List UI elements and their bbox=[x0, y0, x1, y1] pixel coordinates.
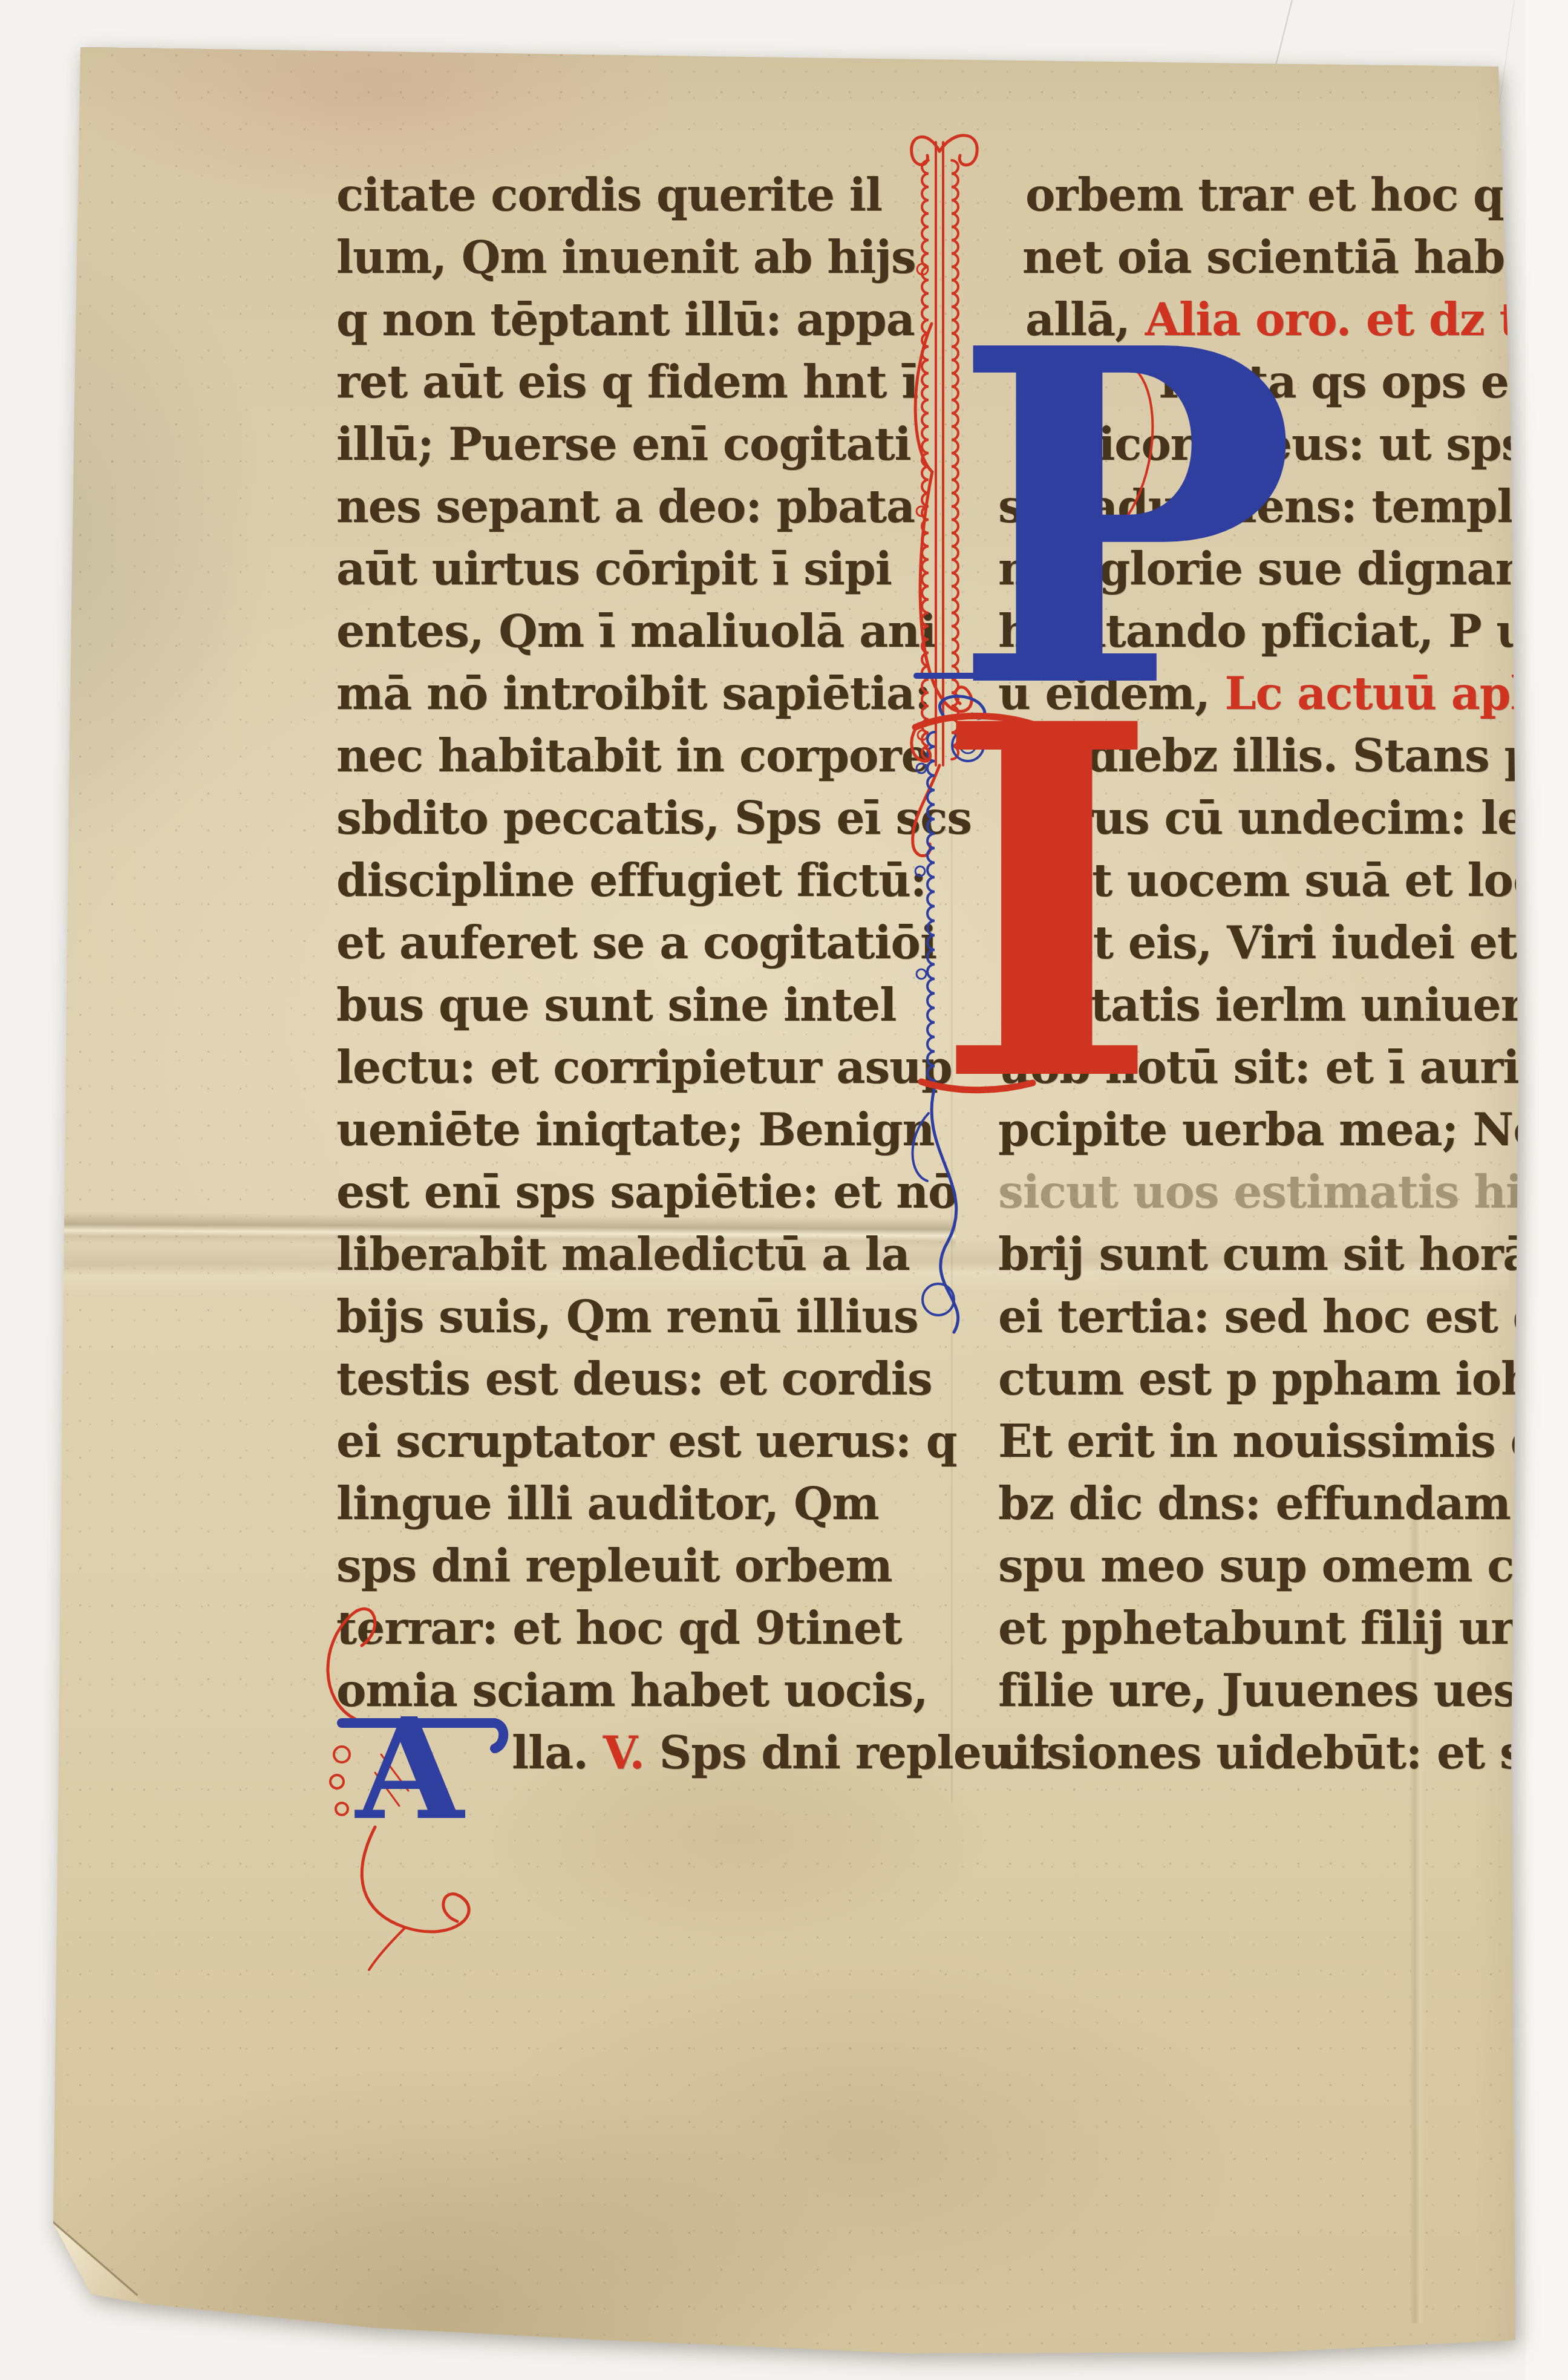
initial-letter-A: A bbox=[354, 1688, 466, 1851]
text-line: Ndiebz illis. Stans p bbox=[998, 725, 1568, 788]
body-text: nos glorie sue dignante bbox=[998, 543, 1568, 595]
text-line: citate cordis querite il bbox=[336, 165, 965, 227]
text-line: est enī sps sapiētie: et nō bbox=[336, 1162, 965, 1224]
vertical-crease bbox=[1410, 1500, 1425, 2323]
body-text: ei scruptator est uerus: q bbox=[336, 1416, 956, 1468]
text-line: ei scruptator est uerus: q bbox=[336, 1411, 965, 1473]
text-line: et pphetabunt filij uri et bbox=[998, 1598, 1568, 1660]
body-text: bus que sunt sine intel bbox=[336, 979, 896, 1031]
body-text: discipline effugiet fictū: bbox=[336, 855, 926, 907]
text-line: habitando pficiat, P u bbox=[998, 601, 1568, 663]
body-text: Et erit in nouissimis di bbox=[998, 1416, 1557, 1468]
folded-corner bbox=[48, 2214, 157, 2311]
penwork-red-icon bbox=[328, 1609, 469, 1970]
body-text: nes sepant a deo: pbata bbox=[336, 481, 915, 533]
penwork-blue-icon bbox=[912, 696, 984, 1332]
body-text: Sps dni repleuit bbox=[659, 1727, 1050, 1779]
body-text: est enī sps sapiētie: et nō bbox=[336, 1166, 957, 1218]
text-line: bz dic dns: effundam d bbox=[998, 1473, 1568, 1535]
text-line: nec habitabit in corpore bbox=[336, 725, 965, 788]
body-text: mā nō introibit sapiētia: bbox=[336, 668, 930, 720]
body-text: u eidem, bbox=[998, 668, 1224, 720]
body-text: ctum est p ppham iohe bbox=[998, 1353, 1561, 1405]
body-text: trus cū undecim: leua bbox=[1050, 793, 1568, 845]
text-line: sicut uos estimatis hij eb bbox=[998, 1162, 1568, 1224]
body-text: net oia scientiā habet uoce bbox=[1022, 232, 1568, 284]
text-line: est eis, Viri iudei et q ha bbox=[998, 912, 1568, 975]
body-text: terrar: et hoc qd 9tinet bbox=[336, 1603, 901, 1655]
body-text: orbem trar et hoc qd com bbox=[1025, 169, 1568, 221]
body-text: liberabit maledictū a la bbox=[336, 1229, 910, 1281]
text-line: uisiones uidebūt: et se bbox=[998, 1722, 1568, 1785]
leaf-top-edge bbox=[77, 44, 1502, 66]
body-text: q non tēptant illū: appa bbox=[336, 294, 915, 346]
body-text: Ndiebz illis. Stans p bbox=[1047, 730, 1535, 782]
body-text: testis est deus: et cordis bbox=[336, 1353, 932, 1405]
text-line: u eidem, Lc actuū aplor bbox=[998, 663, 1568, 725]
text-line: lla. V. Sps dni repleuit bbox=[336, 1722, 965, 1785]
text-line: nes sepant a deo: pbata bbox=[336, 476, 965, 538]
body-text: ret aūt eis q fidem hnt ī bbox=[336, 356, 918, 408]
body-text: spu meo sup omem carn bbox=[998, 1540, 1568, 1592]
text-line: bus que sunt sine intel bbox=[336, 975, 965, 1037]
text-line: bitatis ierlm uniuersi: ho bbox=[998, 975, 1568, 1037]
body-text: uob notū sit: et ī auribu bbox=[998, 1042, 1568, 1094]
horizontal-fold-crease bbox=[57, 1239, 1509, 1296]
body-text: habitando pficiat, P u bbox=[998, 606, 1528, 658]
text-line: Et erit in nouissimis di bbox=[998, 1411, 1568, 1473]
horizontal-fold-crease bbox=[54, 1212, 956, 1249]
text-line: uob notū sit: et ī auribu bbox=[998, 1037, 1568, 1099]
body-text: lingue illi auditor, Qm bbox=[336, 1478, 879, 1530]
body-text: scs adueniens: templum bbox=[998, 481, 1568, 533]
text-line: bijs suis, Qm renū illius bbox=[336, 1286, 965, 1349]
text-line: Resta qs ops et ore bbox=[998, 351, 1568, 414]
text-line: lingue illi auditor, Qm bbox=[336, 1473, 965, 1535]
text-line: filie ure, Juuenes uestri bbox=[998, 1660, 1568, 1722]
text-line: pcipite uerba mea; Nō e bbox=[998, 1099, 1568, 1162]
bowl-penwork-icon bbox=[1053, 352, 1152, 548]
text-line: scs adueniens: templum bbox=[998, 476, 1568, 538]
body-text: sbdito peccatis, Sps eī scs bbox=[336, 793, 972, 845]
text-line: entes, Qm ī maliuolā ani bbox=[336, 601, 965, 663]
text-line: trus cū undecim: leua bbox=[998, 788, 1568, 850]
body-text: entes, Qm ī maliuolā ani bbox=[336, 606, 936, 658]
body-text: est eis, Viri iudei et q ha bbox=[1040, 917, 1568, 969]
text-line: testis est deus: et cordis bbox=[336, 1349, 965, 1411]
body-text: pcipite uerba mea; Nō e bbox=[998, 1104, 1568, 1156]
body-text: ei tertia: sed hoc est qd d bbox=[998, 1291, 1568, 1343]
text-line: illū; Puerse enī cogitati bbox=[336, 414, 965, 476]
body-text: illū; Puerse enī cogitati bbox=[336, 419, 911, 471]
text-line: ei tertia: sed hoc est qd d bbox=[998, 1286, 1568, 1349]
text-line: allā, Alia oro. et dz tanti bbox=[998, 289, 1568, 351]
text-line: lum, Qm inuenit ab hijs bbox=[336, 227, 965, 289]
text-line: ret aūt eis q fidem hnt ī bbox=[336, 351, 965, 414]
illuminated-initial-A: A bbox=[284, 1573, 538, 1972]
rubric-text: ore bbox=[1544, 356, 1568, 408]
penwork-staff-icon bbox=[912, 136, 978, 856]
body-text: bitatis ierlm uniuersi: ho bbox=[1044, 979, 1568, 1031]
scanned-page: citate cordis querite illum, Qm inuenit … bbox=[0, 0, 1568, 2380]
body-text: aūt uirtus cōripit ī sipi bbox=[336, 543, 892, 595]
body-text: filie ure, Juuenes uestri bbox=[998, 1665, 1568, 1717]
body-text: allā, bbox=[1025, 294, 1145, 346]
text-line: sps dni repleuit orbem bbox=[336, 1535, 965, 1598]
text-line: brij sunt cum sit horā d bbox=[998, 1224, 1568, 1286]
text-line: uit uocem suā et locutus bbox=[998, 850, 1568, 912]
body-text: brij sunt cum sit horā d bbox=[998, 1229, 1568, 1281]
body-text: lum, Qm inuenit ab hijs bbox=[336, 232, 916, 284]
text-line: mificors deus: ut sps bbox=[998, 414, 1568, 476]
body-text: Resta qs ops et bbox=[1158, 356, 1544, 408]
text-line: discipline effugiet fictū: bbox=[336, 850, 965, 912]
text-line: orbem trar et hoc qd com bbox=[998, 165, 1568, 227]
text-line: terrar: et hoc qd 9tinet bbox=[336, 1598, 965, 1660]
text-line: liberabit maledictū a la bbox=[336, 1224, 965, 1286]
manuscript-leaf: citate cordis querite illum, Qm inuenit … bbox=[0, 0, 1568, 2380]
body-text: mificors deus: ut sps bbox=[1016, 419, 1526, 471]
leaf-shadow-wrap: citate cordis querite illum, Qm inuenit … bbox=[0, 0, 1568, 2380]
initial-letter-P: P bbox=[952, 249, 1297, 790]
text-line: et auferet se a cogitatiōi bbox=[336, 912, 965, 975]
body-text: citate cordis querite il bbox=[336, 169, 882, 221]
text-line: net oia scientiā habet uoce bbox=[998, 227, 1568, 289]
text-line: spu meo sup omem carn bbox=[998, 1535, 1568, 1598]
body-text: uit uocem suā et locutus bbox=[1044, 855, 1568, 907]
body-text: et pphetabunt filij uri et bbox=[998, 1603, 1568, 1655]
illuminated-initial-I: I bbox=[904, 690, 1158, 1367]
text-line: omia sciam habet uocis, bbox=[336, 1660, 965, 1722]
text-line: lectu: et corripietur asup bbox=[336, 1037, 965, 1099]
text-column-left: citate cordis querite illum, Qm inuenit … bbox=[336, 165, 965, 1785]
body-text: lla. bbox=[512, 1727, 603, 1779]
body-text: uisiones uidebūt: et se bbox=[998, 1727, 1552, 1779]
body-text: bz dic dns: effundam d bbox=[998, 1478, 1556, 1530]
initial-letter-I: I bbox=[933, 620, 1160, 1188]
column-ruling-line bbox=[951, 157, 953, 1803]
body-text: sps dni repleuit orbem bbox=[336, 1540, 892, 1592]
text-line: q non tēptant illū: appa bbox=[336, 289, 965, 351]
folded-corner-crease bbox=[50, 2219, 138, 2296]
text-line: aūt uirtus cōripit ī sipi bbox=[336, 538, 965, 601]
text-line: ueniēte iniqtate; Benign bbox=[336, 1099, 965, 1162]
text-line: mā nō introibit sapiētia: bbox=[336, 663, 965, 725]
body-text: omia sciam habet uocis, bbox=[336, 1665, 928, 1717]
text-line: ctum est p ppham iohe bbox=[998, 1349, 1568, 1411]
body-text: bijs suis, Qm renū illius bbox=[336, 1291, 918, 1343]
body-text: nec habitabit in corpore bbox=[336, 730, 929, 782]
illuminated-initial-P: P bbox=[904, 124, 1225, 929]
body-text: et auferet se a cogitatiōi bbox=[336, 917, 936, 969]
rubric-text: Lc actuū aplor bbox=[1224, 668, 1568, 720]
text-line: nos glorie sue dignante bbox=[998, 538, 1568, 601]
red-flare-icon bbox=[912, 716, 1034, 1090]
text-column-right: orbem trar et hoc qd comnet oia scientiā… bbox=[998, 165, 1568, 1785]
rubric-text: Alia oro. et dz tanti bbox=[1145, 294, 1568, 346]
body-text: lectu: et corripietur asup bbox=[336, 1042, 952, 1094]
rubric-text: V. bbox=[603, 1727, 659, 1779]
body-text: sicut uos estimatis hij eb bbox=[998, 1166, 1568, 1218]
text-line: sbdito peccatis, Sps eī scs bbox=[336, 788, 965, 850]
body-text: ueniēte iniqtate; Benign bbox=[336, 1104, 934, 1156]
